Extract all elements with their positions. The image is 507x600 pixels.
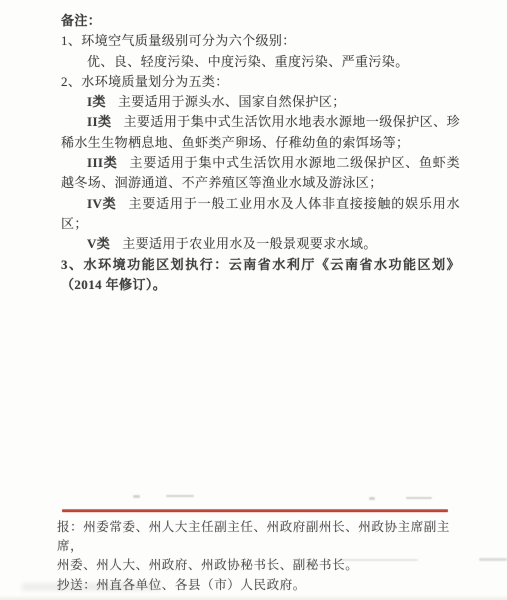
scanned-document-page: 备注： 1、环境空气质量级别可分为六个级别： 优、良、轻度污染、中度污染、重度污…	[0, 0, 507, 600]
scan-artifact-dot	[133, 495, 140, 498]
water-class-2-desc: 主要适用于集中式生活饮用水地表水源地一级保护区、珍稀水生生物栖息地、鱼虾类产卵场…	[61, 114, 460, 149]
note-item-1: 1、环境空气质量级别可分为六个级别：	[61, 31, 460, 51]
note-item-2: 2、水环境质量划分为五类：	[61, 72, 460, 92]
note-item-3: 3、水环境功能区划执行：云南省水利厅《云南省水功能区划》（2014 年修订）。	[61, 255, 460, 296]
water-class-2-name: II类	[87, 114, 111, 129]
distribution-footer: 报：州委常委、州人大主任副主任、州政府副州长、州政协主席副主席， 州委、州人大、…	[57, 518, 461, 595]
scan-artifact-dash	[479, 558, 507, 561]
scan-artifact-dash	[406, 497, 432, 499]
water-class-3: III类主要适用于集中式生活饮用水源地二级保护区、鱼虾类越冬场、洄游通道、不产养…	[61, 153, 460, 194]
scan-artifact-dash	[166, 495, 194, 497]
scan-artifact-dot	[369, 497, 375, 500]
report-to-line-1: 报：州委常委、州人大主任副主任、州政府副州长、州政协主席副主席，	[57, 518, 461, 556]
water-class-5: V类主要适用于农业用水及一般景观要求水域。	[61, 234, 460, 254]
air-quality-levels: 优、良、轻度污染、中度污染、重度污染、严重污染。	[61, 52, 460, 72]
water-class-1-name: I类	[87, 94, 106, 109]
water-class-2: II类主要适用于集中式生活饮用水地表水源地一级保护区、珍稀水生生物栖息地、鱼虾类…	[61, 112, 460, 153]
water-class-1-desc: 主要适用于源头水、国家自然保护区；	[118, 94, 346, 109]
water-class-5-desc: 主要适用于农业用水及一般景观要求水域。	[122, 236, 377, 251]
water-class-4-name: IV类	[87, 196, 117, 211]
cc-line: 抄送：州直各单位、各县（市）人民政府。	[57, 576, 461, 595]
notes-heading: 备注：	[61, 11, 460, 31]
water-class-1: I类主要适用于源头水、国家自然保护区；	[61, 92, 460, 112]
water-class-4: IV类主要适用于一般工业用水及人体非直接接触的娱乐用水区；	[61, 194, 460, 235]
water-class-3-desc: 主要适用于集中式生活饮用水源地二级保护区、鱼虾类越冬场、洄游通道、不产养殖区等渔…	[61, 155, 460, 190]
notes-section: 备注： 1、环境空气质量级别可分为六个级别： 优、良、轻度污染、中度污染、重度污…	[61, 11, 460, 295]
water-class-5-name: V类	[87, 236, 110, 251]
red-divider-rule	[62, 509, 448, 512]
scan-edge-shading	[0, 595, 507, 600]
report-to-line-2: 州委、州人大、州政府、州政协秘书长、副秘书长。	[57, 556, 461, 575]
water-class-4-desc: 主要适用于一般工业用水及人体非直接接触的娱乐用水区；	[61, 196, 460, 231]
water-class-3-name: III类	[87, 155, 118, 170]
